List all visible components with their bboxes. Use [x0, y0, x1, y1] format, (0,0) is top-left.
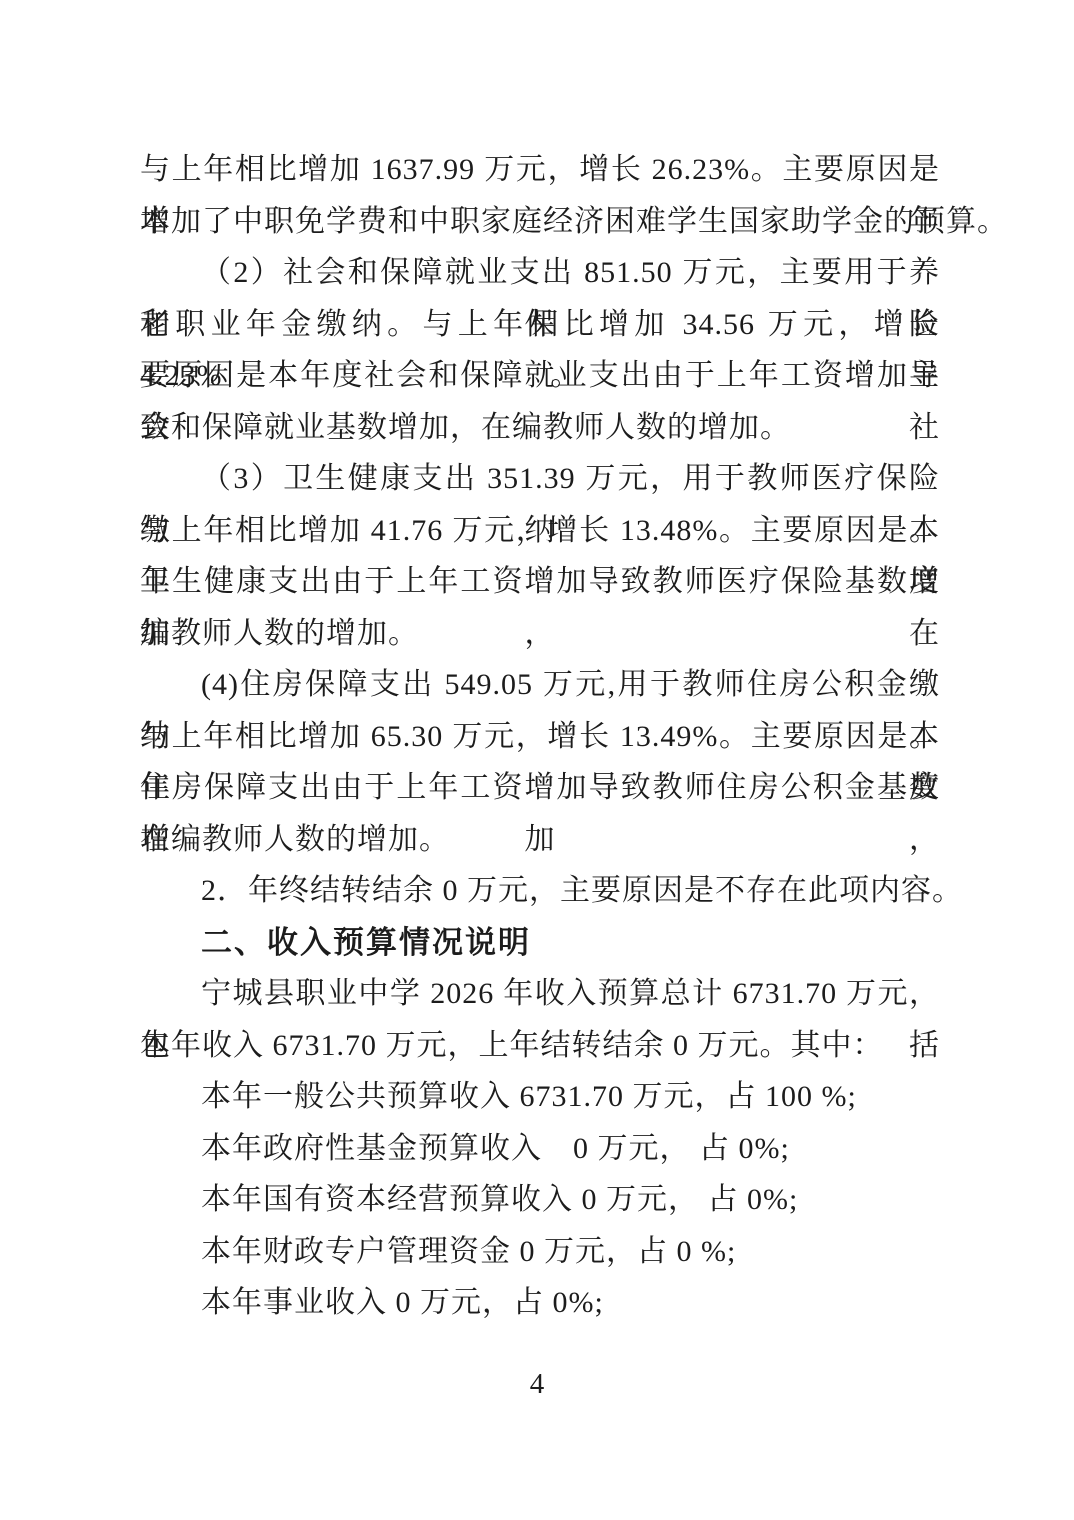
text-line: 住房保障支出由于上年工资增加导致教师住房公积金基数增加， [140, 762, 940, 814]
text-line: 本年政府性基金预算收入 0 万元， 占 0%; [140, 1123, 940, 1175]
text-line: 本年事业收入 0 万元，占 0%; [140, 1277, 940, 1329]
text-line: （3）卫生健康支出 351.39 万元，用于教师医疗保险缴纳。 [140, 453, 940, 505]
document-page: 与上年相比增加 1637.99 万元，增长 26.23%。主要原因是本年增加了中… [0, 0, 1074, 1520]
text-line: (4)住房保障支出 549.05 万元,用于教师住房公积金缴纳。 [140, 659, 940, 711]
text-line: 宁城县职业中学 2026 年收入预算总计 6731.70 万元，包括 [140, 968, 940, 1020]
text-line: 本年财政专户管理资金 0 万元，占 0 %; [140, 1226, 940, 1278]
text-line: 与上年相比增加 1637.99 万元，增长 26.23%。主要原因是本年 [140, 144, 940, 196]
text-line: （2）社会和保障就业支出 851.50 万元，主要用于养老保险 [140, 247, 940, 299]
text-line: 要原因是本年度社会和保障就业支出由于上年工资增加导致社 [140, 350, 940, 402]
text-line: 本年国有资本经营预算收入 0 万元， 占 0%; [140, 1174, 940, 1226]
text-line: 和职业年金缴纳。与上年相比增加 34.56 万元，增长 4.23%。主 [140, 299, 940, 351]
text-line: 与上年相比增加 65.30 万元，增长 13.49%。主要原因是本年度 [140, 711, 940, 763]
text-line: 卫生健康支出由于上年工资增加导致教师医疗保险基数增加，在 [140, 556, 940, 608]
text-line: 本年收入 6731.70 万元，上年结转结余 0 万元。其中： [140, 1020, 940, 1072]
text-line: 本年一般公共预算收入 6731.70 万元，占 100 %; [140, 1071, 940, 1123]
page-number: 4 [0, 1364, 1074, 1404]
text-line: 与上年相比增加 41.76 万元，增长 13.48%。主要原因是本年度 [140, 505, 940, 557]
document-body: 与上年相比增加 1637.99 万元，增长 26.23%。主要原因是本年增加了中… [140, 144, 940, 1329]
section-heading: 二、收入预算情况说明 [140, 917, 940, 969]
text-line: 2．年终结转结余 0 万元，主要原因是不存在此项内容。 [140, 865, 940, 917]
text-line: 增加了中职免学费和中职家庭经济困难学生国家助学金的预算。 [140, 196, 940, 248]
